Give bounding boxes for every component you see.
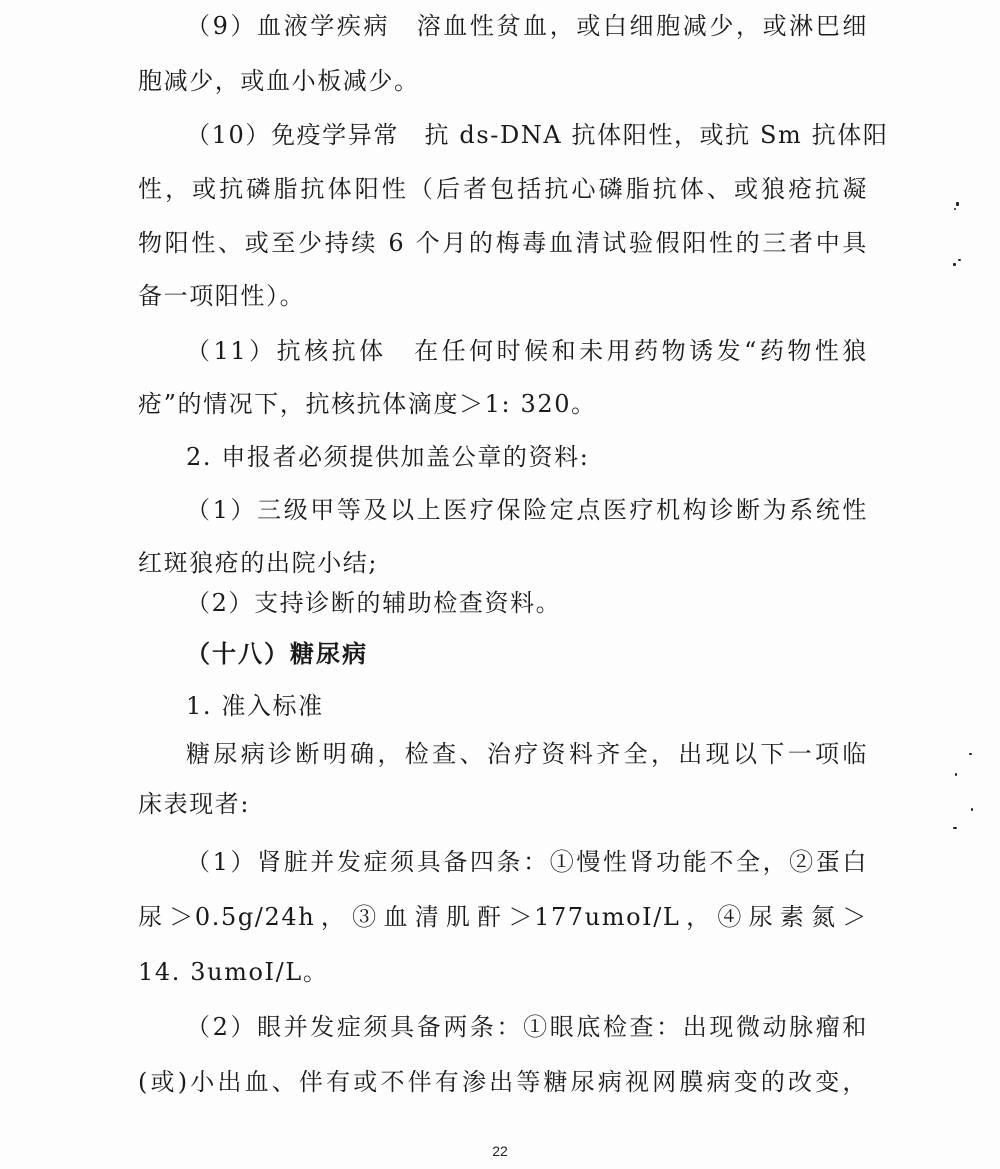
scan-artifact [954, 208, 956, 210]
text-line-required-doc-2: （2）支持诊断的辅助检查资料。 [186, 583, 561, 623]
subsection-heading-admission-criteria: 1. 准入标准 [186, 686, 324, 726]
scan-artifact [969, 753, 972, 755]
text-line-eye-complication: （2）眼并发症须具备两条：①眼底检查：出现微动脉瘤和 [186, 1007, 868, 1047]
text-line-eye-complication-cont: (或)小出血、伴有或不伴有渗出等糖尿病视网膜病变的改变， [138, 1062, 868, 1102]
scan-artifact [956, 202, 959, 206]
text-line-required-doc-1-cont: 红斑狼疮的出院小结; [138, 543, 378, 583]
text-line-antinuclear-antibody: （11）抗核抗体 在任何时候和未用药物诱发“药物性狼 [186, 331, 868, 371]
text-line-immunologic-disorder-cont-2: 物阳性、或至少持续 6 个月的梅毒血清试验假阳性的三者中具 [138, 223, 868, 263]
text-line-renal-complication-cont-1: 尿＞0.5g/24h，③血清肌酐＞177umoI/L，④尿素氮＞ [138, 897, 868, 937]
text-line-hematologic-disorder-cont: 胞减少，或血小板减少。 [138, 61, 420, 101]
scan-artifact [955, 773, 957, 776]
text-line-immunologic-disorder-cont-1: 性，或抗磷脂抗体阳性（后者包括抗心磷脂抗体、或狼疮抗凝 [138, 169, 868, 209]
document-page: （9）血液学疾病 溶血性贫血，或白细胞减少，或淋巴细 胞减少，或血小板减少。 （… [0, 0, 1000, 1169]
text-line-hematologic-disorder: （9）血液学疾病 溶血性贫血，或白细胞减少，或淋巴细 [186, 6, 868, 46]
text-line-diabetes-criteria-cont: 床表现者: [138, 784, 250, 824]
text-line-renal-complication: （1）肾脏并发症须具备四条：①慢性肾功能不全，②蛋白 [186, 842, 868, 882]
text-line-renal-complication-cont-2: 14. 3umoI/L。 [138, 952, 328, 992]
scan-artifact [958, 259, 961, 261]
text-line-immunologic-disorder: （10）免疫学异常 抗 ds-DNA 抗体阳性，或抗 Sm 抗体阳 [186, 115, 868, 155]
section-heading-required-documents: 2. 申报者必须提供加盖公章的资料: [186, 437, 589, 477]
section-heading-diabetes: （十八）糖尿病 [186, 634, 368, 674]
text-line-immunologic-disorder-cont-3: 备一项阳性）。 [138, 276, 305, 316]
scan-artifact [953, 827, 957, 829]
text-line-required-doc-1: （1）三级甲等及以上医疗保险定点医疗机构诊断为系统性 [186, 490, 868, 530]
text-line-antinuclear-antibody-cont: 疮”的情况下，抗核抗体滴度＞1: 320。 [138, 384, 597, 424]
text-line-diabetes-criteria: 糖尿病诊断明确，检查、治疗资料齐全，出现以下一项临 [186, 734, 868, 774]
page-number: 22 [0, 1143, 1000, 1159]
scan-artifact [971, 808, 973, 811]
scan-artifact [953, 263, 956, 266]
